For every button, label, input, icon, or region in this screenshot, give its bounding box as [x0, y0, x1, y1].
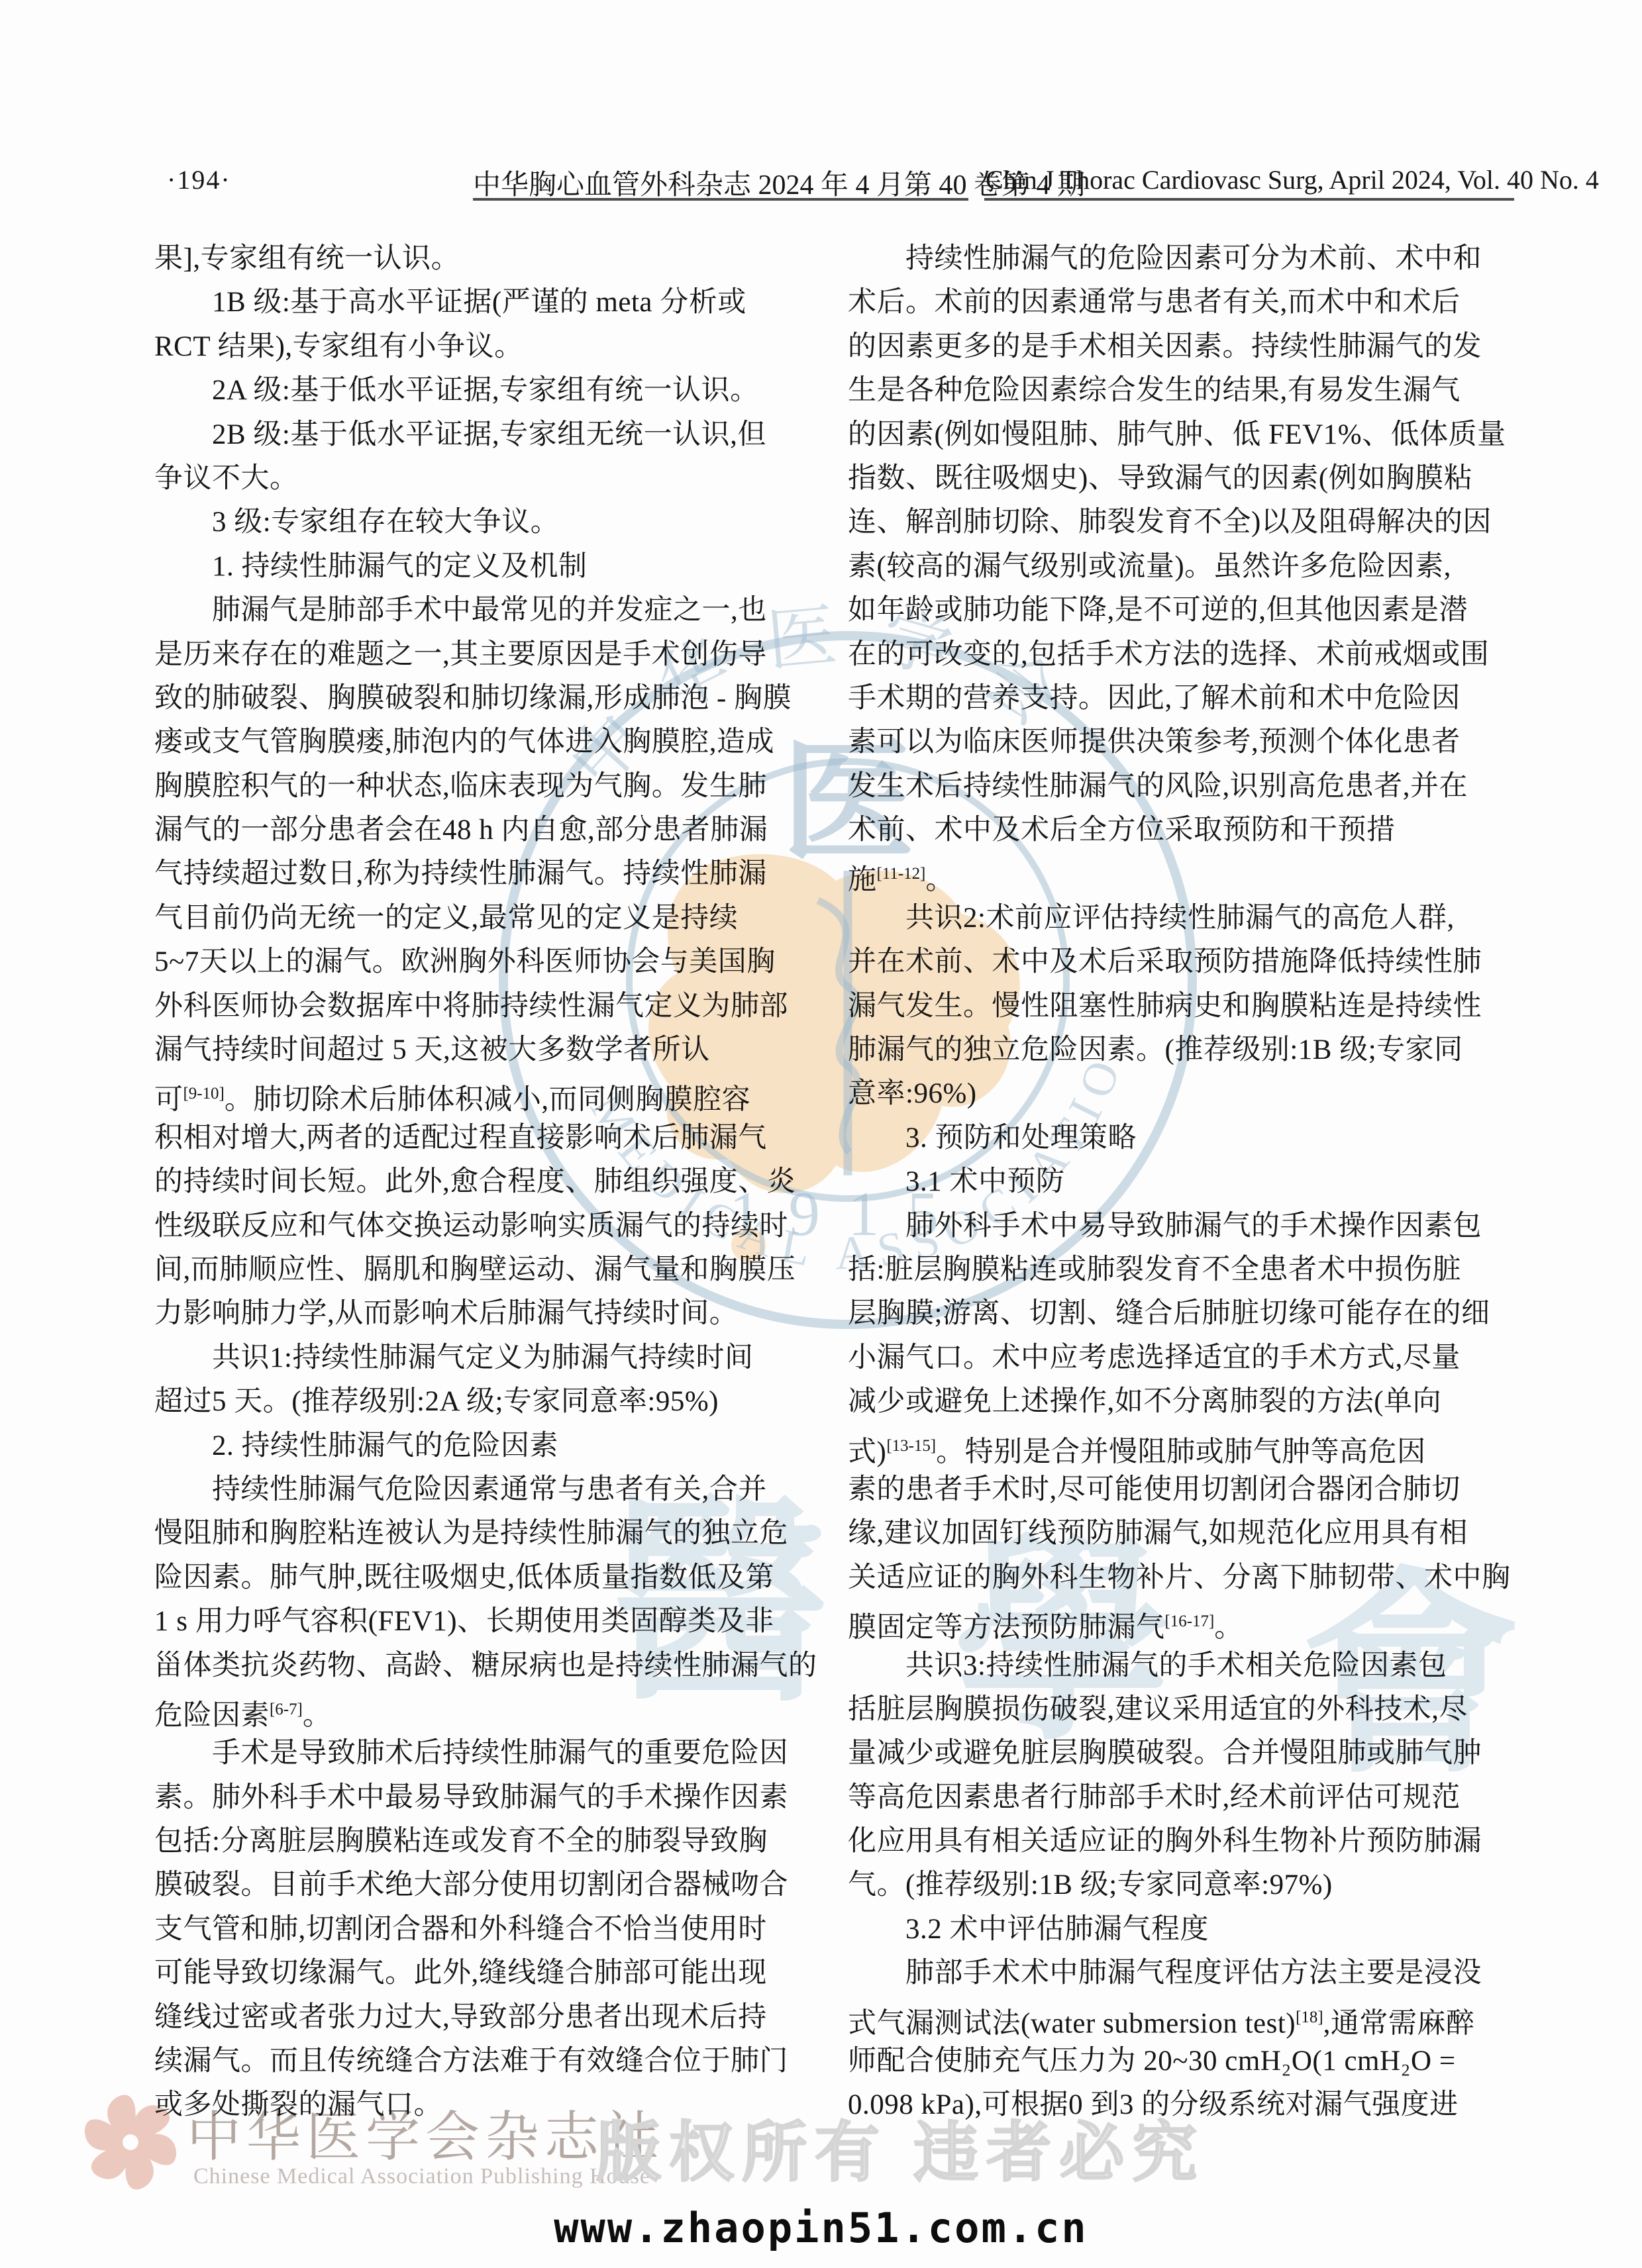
text-line: 指数、既往吸烟史)、导致漏气的因素(例如胸膜粘 [848, 457, 1517, 501]
text-line: 手术期的营养支持。因此,了解术前和术中危险因 [848, 677, 1517, 720]
journal-title-en: Chin J Thorac Cardiovasc Surg, April 202… [986, 164, 1599, 195]
text-line: 气持续超过数日,称为持续性肺漏气。持续性肺漏 [154, 852, 820, 896]
text-line: 术前、术中及术后全方位采取预防和干预措 [848, 809, 1517, 852]
text-line: 漏气的一部分患者会在48 h 内自愈,部分患者肺漏 [154, 809, 820, 852]
text-line: 2. 持续性肺漏气的危险因素 [154, 1424, 820, 1468]
text-line: 3.2 术中评估肺漏气程度 [848, 1908, 1517, 1951]
text-line: 超过5 天。(推荐级别:2A 级;专家同意率:95%) [154, 1380, 820, 1424]
text-line: 性级联反应和气体交换运动影响实质漏气的持续时 [154, 1205, 820, 1248]
text-line: 支气管和肺,切割闭合器和外科缝合不恰当使用时 [154, 1908, 820, 1951]
text-line: 外科医师协会数据库中将肺持续性漏气定义为肺部 [154, 985, 820, 1028]
text-line: 素的患者手术时,尽可能使用切割闭合器闭合肺切 [848, 1468, 1517, 1512]
text-line: 是历来存在的难题之一,其主要原因是手术创伤导 [154, 633, 820, 677]
text-line: 致的肺破裂、胸膜破裂和肺切缘漏,形成肺泡 - 胸膜 [154, 677, 820, 720]
text-line: 1. 持续性肺漏气的定义及机制 [154, 545, 820, 589]
text-line: 缝线过密或者张力过大,导致部分患者出现术后持 [154, 1996, 820, 2040]
text-line: 在的可改变的,包括手术方法的选择、术前戒烟或围 [848, 633, 1517, 677]
text-line: 术后。术前的因素通常与患者有关,而术中和术后 [848, 281, 1517, 324]
text-line: 的因素更多的是手术相关因素。持续性肺漏气的发 [848, 325, 1517, 369]
text-line: 共识3:持续性肺漏气的手术相关危险因素包 [848, 1644, 1517, 1688]
text-line: 减少或避免上述操作,如不分离肺裂的方法(单向 [848, 1380, 1517, 1424]
text-line: 或多处撕裂的漏气口。 [154, 2083, 820, 2127]
publisher-name-en: Chinese Medical Association Publishing H… [193, 2164, 650, 2189]
text-line: 可[9-10]。肺切除术后肺体积减小,而同侧胸膜腔容 [154, 1072, 820, 1116]
text-line: 层胸膜;游离、切割、缝合后肺脏切缘可能存在的细 [848, 1292, 1517, 1336]
text-line: 争议不大。 [154, 457, 820, 501]
page-number: ·194· [167, 164, 231, 195]
text-line: 素可以为临床医师提供决策参考,预测个体化患者 [848, 720, 1517, 764]
site-url: www.zhaopin51.com.cn [0, 2204, 1642, 2252]
text-line: 式气漏测试法(water submersion test)[18],通常需麻醉 [848, 1996, 1517, 2040]
left-column: 果],专家组有统一认识。 1B 级:基于高水平证据(严谨的 meta 分析或RC… [154, 237, 820, 2128]
text-line: 积相对增大,两者的适配过程直接影响术后肺漏气 [154, 1116, 820, 1160]
text-line: 包括:分离脏层胸膜粘连或发育不全的肺裂导致胸 [154, 1820, 820, 1863]
text-line: 发生术后持续性肺漏气的风险,识别高危患者,并在 [848, 765, 1517, 809]
text-line: 手术是导致肺术后持续性肺漏气的重要危险因 [154, 1732, 820, 1775]
text-line: 慢阻肺和胸腔粘连被认为是持续性肺漏气的独立危 [154, 1512, 820, 1555]
text-line: 缘,建议加固钉线预防肺漏气,如规范化应用具有相 [848, 1512, 1517, 1555]
text-line: 括脏层胸膜损伤破裂,建议采用适宜的外科技术,尽 [848, 1688, 1517, 1732]
text-line: 小漏气口。术中应考虑选择适宜的手术方式,尽量 [848, 1336, 1517, 1380]
text-line: 漏气持续时间超过 5 天,这被大多数学者所认 [154, 1028, 820, 1072]
text-line: 生是各种危险因素综合发生的结果,有易发生漏气 [848, 369, 1517, 413]
text-line: 施[11-12]。 [848, 852, 1517, 896]
text-line: 2A 级:基于低水平证据,专家组有统一认识。 [154, 369, 820, 413]
text-line: RCT 结果),专家组有小争议。 [154, 325, 820, 369]
text-line: 果],专家组有统一认识。 [154, 237, 820, 281]
text-line: 危险因素[6-7]。 [154, 1688, 820, 1732]
text-line: 的持续时间长短。此外,愈合程度、肺组织强度、炎 [154, 1160, 820, 1204]
text-line: 0.098 kPa),可根据0 到3 的分级系统对漏气强度进 [848, 2083, 1517, 2127]
text-line: 肺部手术术中肺漏气程度评估方法主要是浸没 [848, 1951, 1517, 1995]
text-line: 3.1 术中预防 [848, 1160, 1517, 1204]
text-line: 险因素。肺气肿,既往吸烟史,低体质量指数低及第 [154, 1556, 820, 1600]
text-line: 素(较高的漏气级别或流量)。虽然许多危险因素, [848, 545, 1517, 589]
text-line: 3 级:专家组存在较大争议。 [154, 501, 820, 544]
text-line: 漏气发生。慢性阻塞性肺病史和胸膜粘连是持续性 [848, 985, 1517, 1028]
text-line: 可能导致切缘漏气。此外,缝线缝合肺部可能出现 [154, 1951, 820, 1995]
text-line: 胸膜腔积气的一种状态,临床表现为气胸。发生肺 [154, 765, 820, 809]
text-line: 膜固定等方法预防肺漏气[16-17]。 [848, 1600, 1517, 1644]
right-column: 持续性肺漏气的危险因素可分为术前、术中和术后。术前的因素通常与患者有关,而术中和… [848, 237, 1517, 2128]
text-line: 素。肺外科手术中最易导致肺漏气的手术操作因素 [154, 1776, 820, 1820]
header-rule-right [984, 198, 1514, 201]
text-line: 意率:96%) [848, 1072, 1517, 1116]
text-line: 膜破裂。目前手术绝大部分使用切割闭合器械吻合 [154, 1863, 820, 1907]
text-line: 3. 预防和处理策略 [848, 1116, 1517, 1160]
text-line: 并在术前、术中及术后采取预防措施降低持续性肺 [848, 940, 1517, 984]
text-line: 5~7天以上的漏气。欧洲胸外科医师协会与美国胸 [154, 940, 820, 984]
text-line: 的因素(例如慢阻肺、肺气肿、低 FEV1%、低体质量 [848, 413, 1517, 457]
text-line: 瘘或支气管胸膜瘘,肺泡内的气体进入胸膜腔,造成 [154, 720, 820, 764]
text-line: 如年龄或肺功能下降,是不可逆的,但其他因素是潜 [848, 589, 1517, 632]
text-line: 化应用具有相关适应证的胸外科生物补片预防肺漏 [848, 1820, 1517, 1863]
text-line: 肺漏气的独立危险因素。(推荐级别:1B 级;专家同 [848, 1028, 1517, 1072]
text-line: 甾体类抗炎药物、高龄、糖尿病也是持续性肺漏气的 [154, 1644, 820, 1688]
text-line: 间,而肺顺应性、膈肌和胸壁运动、漏气量和胸膜压 [154, 1248, 820, 1292]
text-line: 肺外科手术中易导致肺漏气的手术操作因素包 [848, 1205, 1517, 1248]
text-line: 括:脏层胸膜粘连或肺裂发育不全患者术中损伤脏 [848, 1248, 1517, 1292]
text-line: 等高危因素患者行肺部手术时,经术前评估可规范 [848, 1776, 1517, 1820]
text-line: 共识2:术前应评估持续性肺漏气的高危人群, [848, 897, 1517, 940]
text-line: 气。(推荐级别:1B 级;专家同意率:97%) [848, 1863, 1517, 1907]
text-line: 量减少或避免脏层胸膜破裂。合并慢阻肺或肺气肿 [848, 1732, 1517, 1775]
text-line: 持续性肺漏气危险因素通常与患者有关,合并 [154, 1468, 820, 1512]
text-line: 肺漏气是肺部手术中最常见的并发症之一,也 [154, 589, 820, 632]
text-line: 1B 级:基于高水平证据(严谨的 meta 分析或 [154, 281, 820, 324]
text-line: 1 s 用力呼气容积(FEV1)、长期使用类固醇类及非 [154, 1600, 820, 1644]
text-line: 续漏气。而且传统缝合方法难于有效缝合位于肺门 [154, 2040, 820, 2083]
text-line: 师配合使肺充气压力为 20~30 cmH₂O(1 cmH₂O = [848, 2040, 1517, 2083]
text-line: 2B 级:基于低水平证据,专家组无统一认识,但 [154, 413, 820, 457]
text-line: 力影响肺力学,从而影响术后肺漏气持续时间。 [154, 1292, 820, 1336]
text-line: 关适应证的胸外科生物补片、分离下肺韧带、术中胸 [848, 1556, 1517, 1600]
header-rule-left [473, 198, 968, 201]
text-line: 共识1:持续性肺漏气定义为肺漏气持续时间 [154, 1336, 820, 1380]
journal-page: 医 1915 中华医学会 MEDICAL ASSOCIATION 醫 學 會 ·… [0, 0, 1642, 2268]
text-line: 式)[13-15]。特别是合并慢阻肺或肺气肿等高危因 [848, 1424, 1517, 1468]
text-line: 气目前仍尚无统一的定义,最常见的定义是持续 [154, 897, 820, 940]
text-line: 连、解剖肺切除、肺裂发育不全)以及阻碍解决的因 [848, 501, 1517, 544]
text-line: 持续性肺漏气的危险因素可分为术前、术中和 [848, 237, 1517, 281]
